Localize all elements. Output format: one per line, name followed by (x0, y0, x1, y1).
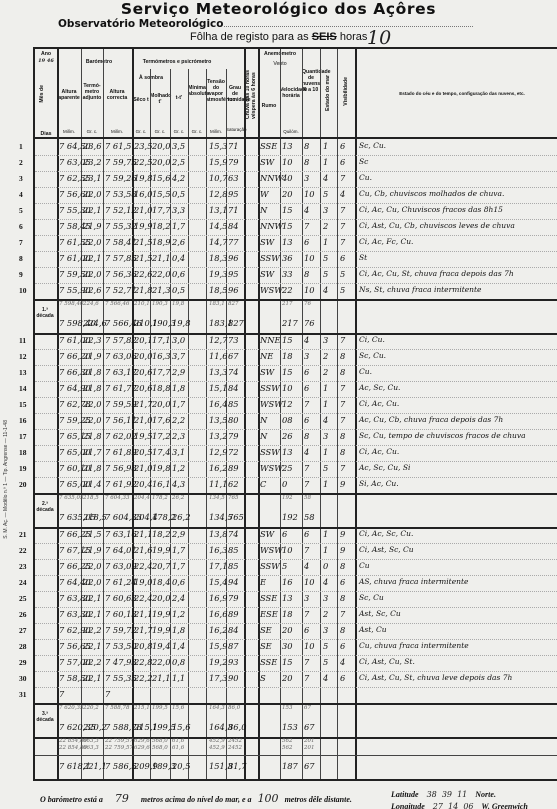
cell-vap: 13,2 (209, 431, 227, 441)
cell-rem: Ci, Ac, Cu, Chuviscos fracos das 8h15 (359, 205, 503, 214)
cell-diff: 1,7 (172, 399, 185, 409)
cell-spd: 15 (282, 335, 293, 345)
thermo-group-label: Termómetros e psicrómetro (132, 59, 222, 65)
monthly-mean: 81,7 (228, 761, 246, 771)
cell-corr: 7 57,82 (105, 335, 137, 345)
cell-hum: 89 (228, 463, 239, 473)
decade-label: 3.ª década (34, 711, 56, 723)
cell-t: 22,1 (83, 205, 101, 215)
cell-dry: 22,6 (134, 269, 152, 279)
day-number: 11 (19, 336, 26, 345)
cell-cld: 6 (304, 383, 309, 393)
cell-vap: 13,1 (209, 205, 227, 215)
cell-diff: 1,8 (172, 625, 185, 635)
cell-vap: 16,9 (209, 593, 227, 603)
cell-vap: 19,3 (209, 269, 227, 279)
cell-vap: 14,5 (209, 221, 227, 231)
cell-vap: 12,8 (209, 189, 227, 199)
cell-dry: 20,1 (134, 335, 152, 345)
cell-vis: 6 (340, 673, 345, 683)
total-sum: 61,6 (172, 745, 184, 751)
decade-sum-faint: 7 566,46 (105, 301, 130, 307)
cell-corr: 7 52,12 (105, 205, 137, 215)
day-row: 97 59,5022,07 56,3622,622,00,619,395SW33… (35, 267, 557, 283)
cell-cld: 4 (304, 335, 309, 345)
cell-cld: 6 (304, 625, 309, 635)
cell-wet: 22,0 (152, 657, 170, 667)
cell-dir: N (260, 415, 267, 425)
cell-vap: 13,3 (209, 367, 227, 377)
cell-rem: Cu. (359, 367, 372, 376)
cell-diff: 4,3 (172, 479, 185, 489)
sheet-label: Fôlha de registo para as SEIS horas (190, 31, 367, 43)
decade-sum-faint: 58 (304, 495, 311, 501)
cell-dir: SW (260, 157, 274, 167)
cell-vis: 9 (340, 545, 345, 555)
cell-diff: 0,6 (172, 577, 185, 587)
cell-dry: 22,4 (134, 593, 152, 603)
cell-corr: 7 61,89 (105, 447, 137, 457)
cell-cld: 7 (304, 479, 309, 489)
monthly-mean: 187 (282, 761, 298, 771)
year-value: 19 46 (35, 58, 57, 64)
cell-cld: 3 (304, 593, 309, 603)
day-number: 24 (19, 578, 27, 587)
cell-sea: 4 (323, 673, 328, 683)
cell-cld: 7 (304, 609, 309, 619)
observatory-line (224, 26, 473, 27)
cell-cld: 10 (304, 189, 315, 199)
cell-vis: 8 (340, 447, 345, 457)
day-number: 16 (19, 416, 27, 425)
day-row: 227 67,1521,97 64,0121,619,91,716,385WSW… (35, 543, 557, 559)
cell-vap: 12,7 (209, 335, 227, 345)
unit-mm: Milím. (57, 129, 81, 134)
cell-diff: 2,6 (172, 237, 185, 247)
cell-dir: WSW (260, 399, 283, 409)
cell-dry: 21,7 (134, 625, 152, 635)
cell-rem: Ci, Ac, Cu. (359, 447, 399, 456)
total-sum: 61,6 (172, 738, 184, 744)
decade-sum-faint: 76 (304, 301, 311, 307)
day-number: 14 (19, 384, 27, 393)
cell-dry: 21,0 (134, 415, 152, 425)
cell-dir: WSW (260, 545, 283, 555)
decade-sum: 218,5 (83, 512, 107, 522)
day-number: 19 (19, 464, 27, 473)
cell-hum: 95 (228, 189, 239, 199)
cell-spd: 6 (282, 529, 287, 539)
vapor-label: Tensão do vapor atmosférico (206, 79, 226, 103)
cell-spd: 26 (282, 431, 293, 441)
cell-wet: 17,2 (152, 431, 170, 441)
day-row: 67 58,4521,97 55,3219,918,21,714,584NNW1… (35, 219, 557, 235)
decade-sum-faint: 26,2 (172, 495, 184, 501)
cell-rem: Sc (359, 157, 368, 166)
cell-wet: 18,4 (152, 577, 170, 587)
cell-wet: 15,6 (152, 173, 170, 183)
cell-vis: 8 (340, 367, 345, 377)
cell-wet: 20,0 (152, 141, 170, 151)
cell-vap: 15,9 (209, 157, 227, 167)
cell-t: 22,1 (83, 609, 101, 619)
longitude-value: 27 14 06 (427, 802, 480, 809)
cell-vap: 13,5 (209, 415, 227, 425)
barometer-label: Barómetro (59, 59, 139, 65)
cell-dir: SW (260, 269, 274, 279)
cell-diff: 0,6 (172, 269, 185, 279)
total-sum: 452,9 (209, 745, 225, 751)
cell-diff: 3,5 (172, 141, 185, 151)
cell-wet: 16,3 (152, 351, 170, 361)
cell-cld: 4 (304, 561, 309, 571)
cell-vis: 7 (340, 399, 345, 409)
cell-spd: 15 (282, 657, 293, 667)
day-row: 177 65,1521,87 62,0219,517,22,313,279N26… (35, 429, 557, 445)
decade-sum: 192 (282, 512, 298, 522)
cell-sea: 3 (323, 625, 328, 635)
day-row: 127 66,2021,97 63,0620,016,33,711,667NE1… (35, 349, 557, 365)
cell-spd: 10 (282, 383, 293, 393)
cell-vis: 6 (340, 641, 345, 651)
day-row: 37 62,5523,17 59,2619,815,64,210,763NNW4… (35, 171, 557, 187)
cell-spd: 20 (282, 189, 293, 199)
cell-rem: Ast, Cu (359, 625, 387, 634)
cell-vis: 7 (340, 609, 345, 619)
cell-wet: 17,1 (152, 335, 170, 345)
cell-corr: 7 56,98 (105, 463, 137, 473)
decade-sum-faint: 827 (228, 301, 239, 307)
day-number: 10 (19, 286, 27, 295)
cell-corr: 7 57,85 (105, 253, 137, 263)
cell-wet: 20,0 (152, 593, 170, 603)
cell-wet: 17,6 (152, 415, 170, 425)
cell-t: 23,6 (83, 141, 101, 151)
total-sum: 629,6 (134, 745, 150, 751)
unit-km: Quilóm. (280, 129, 302, 134)
cell-vis: 6 (340, 577, 345, 587)
decade-label: 2.ª década (34, 501, 56, 513)
barometer-text-1: O barómetro está a (40, 795, 103, 804)
cell-corr: 7 61,77 (105, 383, 137, 393)
day-number: 15 (19, 400, 27, 409)
cell-corr: 7 63,06 (105, 351, 137, 361)
cell-sea: 5 (323, 641, 328, 651)
decade-sum-faint: 178,2 (152, 495, 168, 501)
cell-wet: 19,9 (152, 625, 170, 635)
cell-spd: 13 (282, 447, 293, 457)
cell-rem: Ac, Sc, Cu. (359, 383, 400, 392)
cell-vap: 12,9 (209, 447, 227, 457)
day-number: 29 (19, 658, 27, 667)
cell-hum: 79 (228, 157, 239, 167)
cell-wet: 21,1 (152, 673, 170, 683)
cell-diff: 0,4 (172, 253, 185, 263)
cell-corr: 7 59,26 (105, 173, 137, 183)
cell-rem: Ast, Sc, Cu (359, 609, 401, 618)
cell-spd: 08 (282, 415, 293, 425)
cell-corr: 7 56,36 (105, 269, 137, 279)
cell-hum: 80 (228, 415, 239, 425)
day-row: 27 63,0523,27 59,7522,520,02,515,979SW10… (35, 155, 557, 171)
cell-dir: SE (260, 625, 272, 635)
cell-dry: 19,9 (134, 221, 152, 231)
decade-sum-faint: 7 598,40 (59, 301, 84, 307)
cell-diff: 1,7 (172, 221, 185, 231)
cell-spd: 10 (282, 157, 293, 167)
bar-thermo-label: Termó-metro adjunto (81, 83, 103, 101)
longitude: Longitude 27 14 06 W. Greenwich (391, 802, 528, 809)
decade-1-summary: 1.ª década7 598,407 598,40224,6224,67 56… (35, 299, 557, 333)
unit-deg: Gr. c. (150, 129, 170, 134)
day-number: 20 (19, 480, 27, 489)
barometer-distance: 100 (254, 792, 283, 805)
cell-hum: 95 (228, 269, 239, 279)
cell-dry: 20,6 (134, 367, 152, 377)
day-row: 187 65,0021,77 61,8920,517,43,112,972SSW… (35, 445, 557, 461)
bar-apparent-label: Altura aparente (57, 89, 81, 101)
cell-wet: 19,4 (152, 641, 170, 651)
decade-sum: 153 (282, 722, 298, 732)
cell-dir: SSW (260, 561, 280, 571)
cell-wet: 22,0 (152, 269, 170, 279)
cell-vap: 16,3 (209, 545, 227, 555)
cell-sea: 2 (323, 221, 328, 231)
cell-diff: 2,4 (172, 593, 185, 603)
cell-vis: 7 (340, 335, 345, 345)
cell-spd: 22 (282, 285, 293, 295)
cell-t: 22,3 (83, 335, 101, 345)
cell-wet: 16,1 (152, 479, 170, 489)
cell-t: 22,0 (83, 399, 101, 409)
cell-app: 7 (59, 689, 64, 699)
day-row: 267 63,3022,17 60,1321,119,91,216,689ESE… (35, 607, 557, 623)
cell-diff: 2,5 (172, 157, 185, 167)
cell-spd: 40 (282, 173, 293, 183)
cell-spd: 33 (282, 269, 293, 279)
decade-sum-faint: 220,2 (83, 705, 99, 711)
cell-dir: SSE (260, 593, 277, 603)
cell-dry: 21,0 (134, 205, 152, 215)
year-label: Ano (35, 51, 57, 57)
cell-dry: 20,4 (134, 479, 152, 489)
cell-vis: 4 (340, 189, 345, 199)
cell-hum: 84 (228, 383, 239, 393)
cell-diff: 0,8 (172, 657, 185, 667)
cell-cld: 8 (304, 431, 309, 441)
cell-dir: SSE (260, 141, 277, 151)
cell-corr: 7 47,93 (105, 657, 137, 667)
decade-sum-faint: 765 (228, 495, 239, 501)
cell-wet: 21,1 (152, 253, 170, 263)
cell-sea: 5 (323, 269, 328, 279)
day-row: 297 57,0022,27 47,9322,822,00,819,293SSE… (35, 655, 557, 671)
monthly-mean: 221,1 (83, 761, 107, 771)
cell-corr: 7 61,92 (105, 479, 137, 489)
day-number: 2 (19, 158, 23, 167)
cell-t: 21,5 (83, 529, 101, 539)
cell-vis: 6 (340, 157, 345, 167)
cell-vap: 16,2 (209, 625, 227, 635)
cell-spd: 13 (282, 593, 293, 603)
cell-dry: 21,6 (134, 545, 152, 555)
cell-spd: 18 (282, 351, 293, 361)
cell-dry: 19,8 (134, 173, 152, 183)
cell-t: 21,8 (83, 383, 101, 393)
decade-sum: 765 (228, 512, 244, 522)
cell-t: 21,8 (83, 367, 101, 377)
cell-sea: 1 (323, 529, 328, 539)
cell-t: 22,0 (83, 577, 101, 587)
decade-sum-faint: 153 (282, 705, 293, 711)
cell-cld: 7 (304, 399, 309, 409)
cell-cld: 10 (304, 285, 315, 295)
day-number: 3 (19, 174, 23, 183)
decade-sum: 224,6 (83, 318, 107, 328)
cell-hum: 67 (228, 351, 239, 361)
remarks-label: Estado do céu e do tempo, configuração d… (365, 91, 557, 97)
cell-cld: 6 (304, 367, 309, 377)
cell-rem: Cu (359, 561, 370, 570)
day-row: 287 56,6522,17 53,5020,819,41,415,987SE3… (35, 639, 557, 655)
decade-sum-faint: 134,5 (209, 495, 225, 501)
cell-wet: 20,7 (152, 561, 170, 571)
cell-rem: Ci, Ac, Fc, Cu. (359, 237, 413, 246)
cell-sea: 2 (323, 609, 328, 619)
cell-t: 21,7 (83, 447, 101, 457)
day-number: 26 (19, 610, 27, 619)
cell-dry: 21,5 (134, 237, 152, 247)
cell-hum: 94 (228, 577, 239, 587)
cell-wet: 18,2 (152, 529, 170, 539)
cell-corr: 7 55,35 (105, 673, 137, 683)
cell-sea: 4 (323, 173, 328, 183)
cell-corr: 7 53,58 (105, 189, 137, 199)
cell-sea: 1 (323, 237, 328, 247)
cell-corr: 7 62,02 (105, 431, 137, 441)
day-row: 57 55,3022,17 52,1221,017,73,313,171N154… (35, 203, 557, 219)
cell-sea: 5 (323, 657, 328, 667)
decade-sum-faint: 204,4 (134, 495, 150, 501)
cell-dry: 23,5 (134, 141, 152, 151)
cell-spd: 5 (282, 561, 287, 571)
total-sum: 201 (304, 738, 315, 744)
cell-dry: 22,2 (134, 673, 152, 683)
cell-wet: 18,2 (152, 221, 170, 231)
decade-sum-faint: 7 620,35 (59, 705, 84, 711)
cell-vis: 9 (340, 529, 345, 539)
day-row: 137 66,3021,87 63,1720,617,72,913,374SW1… (35, 365, 557, 381)
cell-rem: Ci, Cu. (359, 335, 385, 344)
decade-sum-faint: 164,3 (209, 705, 225, 711)
cell-dry: 20,6 (134, 383, 152, 393)
cell-dir: E (260, 577, 266, 587)
latitude-value: 38 39 11 (421, 790, 474, 799)
cell-cld: 8 (304, 141, 309, 151)
speed-label: Velocidade horária (280, 87, 302, 99)
day-number: 30 (19, 674, 27, 683)
cell-t: 22,0 (83, 269, 101, 279)
total-sum: 452,9 (209, 738, 225, 744)
cell-cld: 8 (304, 157, 309, 167)
total-sum: 663,3 (83, 745, 99, 751)
barometer-text-3: metros dêle distante. (285, 795, 352, 804)
day-row: 237 66,2522,07 63,0922,420,71,717,185SSW… (35, 559, 557, 575)
cell-rem: AS, chuva fraca intermitente (359, 577, 468, 586)
decade-sum-faint: 190,3 (152, 301, 168, 307)
cell-sea: 0 (323, 561, 328, 571)
unit-deg: Gr. c. (81, 129, 103, 134)
cell-vis: 7 (340, 415, 345, 425)
decade-sum: 19,8 (172, 318, 190, 328)
unit-sat: Saturação (226, 127, 244, 132)
cell-dry: 21,7 (134, 399, 152, 409)
cell-vis: 8 (340, 431, 345, 441)
cell-spd: 15 (282, 221, 293, 231)
cell-dir: WSW (260, 285, 283, 295)
day-number: 8 (19, 254, 23, 263)
day-row: 157 62,7822,07 59,5921,720,01,716,485WSW… (35, 397, 557, 413)
cell-dry: 19,0 (134, 577, 152, 587)
total-sum: 629,6 (134, 738, 150, 744)
monthly-mean: 7 586,5 (105, 761, 137, 771)
cell-spd: 13 (282, 141, 293, 151)
cell-diff: 3,1 (172, 447, 185, 457)
cell-hum: 96 (228, 253, 239, 263)
cell-sea: 1 (323, 383, 328, 393)
cell-spd: 15 (282, 205, 293, 215)
cell-corr: 7 55,32 (105, 221, 137, 231)
cell-vis: 9 (340, 479, 345, 489)
cell-cld: 6 (304, 529, 309, 539)
cell-hum: 90 (228, 673, 239, 683)
dry-label: Sêco t (132, 97, 150, 103)
cell-wet: 17,7 (152, 205, 170, 215)
cell-dir: SSW (260, 447, 280, 457)
latitude-suffix: Norte. (475, 790, 496, 799)
day-row: 207 65,0021,47 61,9220,416,14,311,162C07… (35, 477, 557, 493)
day-number: 23 (19, 562, 27, 571)
day-number: 1 (19, 142, 23, 151)
decade-sum-faint: 217 (282, 301, 293, 307)
cell-sea: 5 (323, 463, 328, 473)
cell-sea: 1 (323, 157, 328, 167)
cell-t: 22,1 (83, 641, 101, 651)
decade-sum-faint: 7 635,05 (59, 495, 84, 501)
cell-diff: 1,7 (172, 545, 185, 555)
decade-sum-faint: 67 (304, 705, 311, 711)
cell-t: 22,0 (83, 561, 101, 571)
cell-rem: Si, Ac, Cu. (359, 479, 399, 488)
cell-vap: 19,2 (209, 657, 227, 667)
cell-hum: 96 (228, 285, 239, 295)
monthly-totals: 22 854,8022 854,80663,3663,322 759,5722 … (35, 737, 557, 777)
cell-cld: 7 (304, 463, 309, 473)
cell-hum: 77 (228, 237, 239, 247)
decade-3-summary: 3.ª década7 620,357 620,35220,2220,27 58… (35, 703, 557, 737)
cell-diff: 0,5 (172, 285, 185, 295)
cell-corr: 7 64,01 (105, 545, 137, 555)
cell-dry: 19,5 (134, 431, 152, 441)
cell-corr: 7 61,24 (105, 577, 137, 587)
side-imprint: S. M. Aç. — Modêlo n.º 1 — Tip. Angrense… (3, 420, 9, 539)
decade-sum-faint: 224,6 (83, 301, 99, 307)
cell-cld: 10 (304, 641, 315, 651)
cell-vis: 8 (340, 351, 345, 361)
cell-dir: SSW (260, 253, 280, 263)
cell-dir: N (260, 431, 267, 441)
decade-sum: 827 (228, 318, 244, 328)
